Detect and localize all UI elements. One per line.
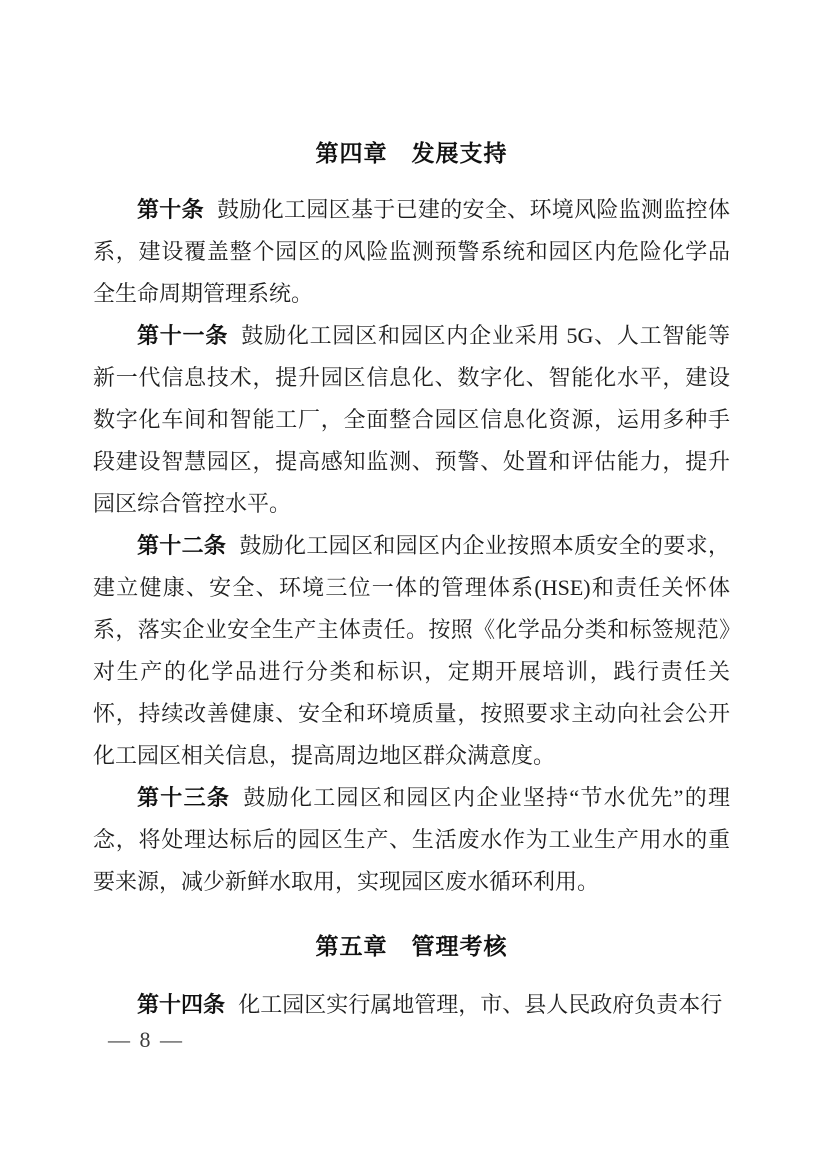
article-11: 第十一条鼓励化工园区和园区内企业采用 5G、人工智能等新一代信息技术，提升园区信… bbox=[93, 315, 730, 525]
article-13: 第十三条鼓励化工园区和园区内企业坚持“节水优先”的理念，将处理达标后的园区生产、… bbox=[93, 777, 730, 903]
chapter-heading-5: 第五章 管理考核 bbox=[93, 925, 730, 967]
article-10-label: 第十条 bbox=[137, 197, 204, 222]
article-10: 第十条鼓励化工园区基于已建的安全、环境风险监测监控体系，建设覆盖整个园区的风险监… bbox=[93, 189, 730, 315]
document-body: 第四章 发展支持 第十条鼓励化工园区基于已建的安全、环境风险监测监控体系，建设覆… bbox=[93, 0, 730, 1026]
article-11-text: 鼓励化工园区和园区内企业采用 5G、人工智能等新一代信息技术，提升园区信息化、数… bbox=[93, 323, 730, 516]
article-12-label: 第十二条 bbox=[137, 533, 226, 558]
article-14: 第十四条化工园区实行属地管理，市、县人民政府负责本行 bbox=[93, 984, 730, 1026]
article-12: 第十二条鼓励化工园区和园区内企业按照本质安全的要求，建立健康、安全、环境三位一体… bbox=[93, 525, 730, 777]
document-page: 第四章 发展支持 第十条鼓励化工园区基于已建的安全、环境风险监测监控体系，建设覆… bbox=[0, 0, 824, 1155]
article-13-label: 第十三条 bbox=[137, 785, 230, 810]
article-11-label: 第十一条 bbox=[137, 323, 228, 348]
article-12-text: 鼓励化工园区和园区内企业按照本质安全的要求，建立健康、安全、环境三位一体的管理体… bbox=[93, 533, 730, 768]
chapter-heading-4: 第四章 发展支持 bbox=[93, 132, 730, 174]
article-14-label: 第十四条 bbox=[137, 992, 225, 1017]
article-14-text: 化工园区实行属地管理，市、县人民政府负责本行 bbox=[238, 992, 722, 1017]
page-number: — 8 — bbox=[108, 1026, 184, 1054]
